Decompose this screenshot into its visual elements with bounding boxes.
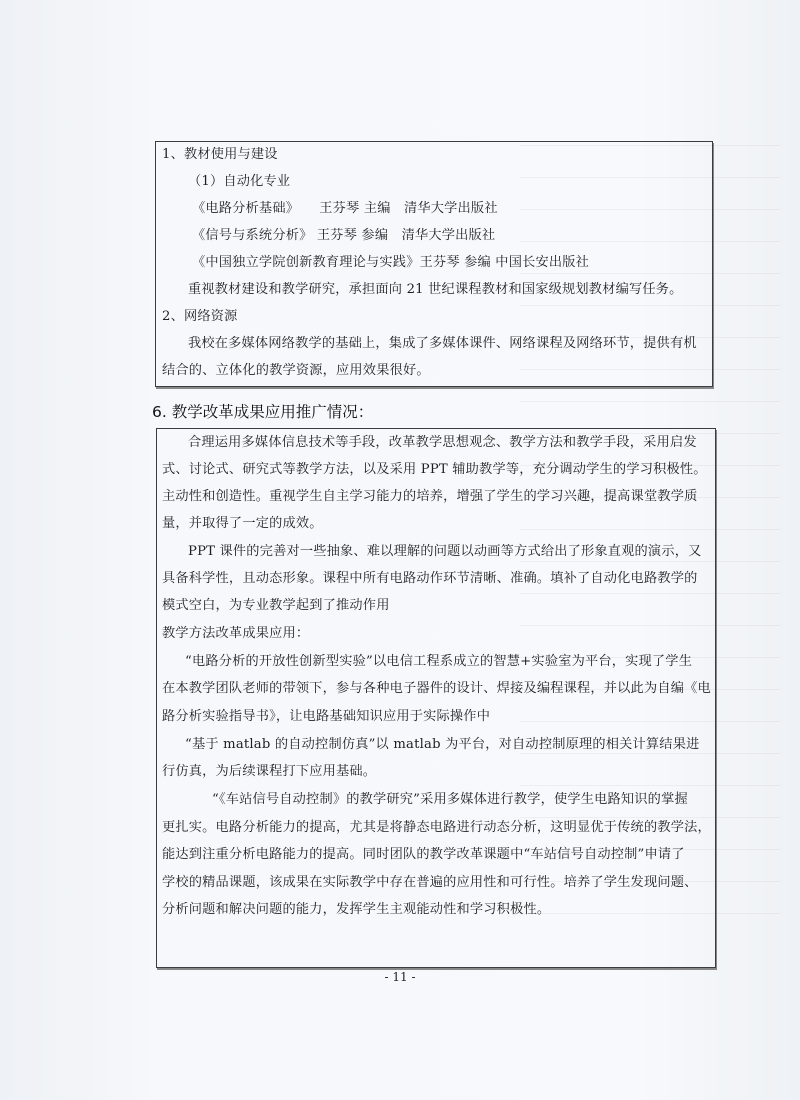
heading-textbook-use: 1、教材使用与建设 bbox=[162, 146, 278, 164]
paragraph-line: 在本教学团队老师的带领下，参与各种电子器件的设计、焊接及编程课程，并以此为自编《… bbox=[162, 680, 711, 698]
textbook-item: 《信号与系统分析》 王芬琴 参编 清华大学出版社 bbox=[192, 227, 495, 245]
subheading-method-results: 教学方法改革成果应用： bbox=[162, 625, 309, 643]
paragraph-line: 重视教材建设和教学研究，承担面向 21 世纪课程教材和国家级规划教材编写任务。 bbox=[188, 281, 683, 299]
paragraph-line: 更扎实。电路分析能力的提高，尤其是将静态电路进行动态分析，这明显优于传统的教学法… bbox=[162, 819, 711, 837]
paragraph-line: 量，并取得了一定的成效。 bbox=[162, 515, 323, 533]
paragraph-line: 合理运用多媒体信息技术等手段，改革教学思想观念、教学方法和教学手段，采用启发 bbox=[188, 434, 697, 452]
heading-network-resources: 2、网络资源 bbox=[162, 308, 238, 326]
paragraph-line: 路分析实验指导书》，让电路基础知识应用于实际操作中 bbox=[162, 708, 490, 726]
paragraph-line: 具备科学性，且动态形象。课程中所有电路动作环节清晰、准确。填补了自动化电路教学的 bbox=[162, 570, 698, 588]
paragraph-line: 学校的精品课题，该成果在实际教学中存在普遍的应用性和可行性。培养了学生发现问题、 bbox=[162, 874, 698, 892]
paragraph-line: 我校在多媒体网络教学的基础上，集成了多媒体课件、网络课程及网络环节，提供有机 bbox=[188, 335, 697, 353]
page-number: - 11 - bbox=[0, 970, 800, 984]
paragraph-line: 主动性和创造性。重视学生自主学习能力的培养，增强了学生的学习兴趣，提高课堂教学质 bbox=[162, 488, 698, 506]
paragraph-line: 结合的、立体化的教学资源，应用效果很好。 bbox=[162, 362, 430, 380]
paragraph-line: 式、讨论式、研究式等教学方法，以及采用 PPT 辅助教学等，充分调动学生的学习积… bbox=[162, 461, 707, 479]
paragraph-line: “基于 matlab 的自动控制仿真”以 matlab 为平台，对自动控制原理的… bbox=[185, 736, 699, 754]
paragraph-line: “电路分析的开放性创新型实验”以电信工程系成立的智慧+实验室为平台，实现了学生 bbox=[185, 653, 692, 671]
textbook-item: 《电路分析基础》 王芬琴 主编 清华大学出版社 bbox=[192, 200, 498, 218]
paragraph-line: “《车站信号自动控制》的教学研究”采用多媒体进行教学，使学生电路知识的掌握 bbox=[212, 791, 688, 809]
section-title: 6. 教学改革成果应用推广情况： bbox=[152, 400, 373, 422]
paragraph-line: PPT 课件的完善对一些抽象、难以理解的问题以动画等方式给出了形象直观的演示，又 bbox=[188, 543, 701, 561]
subheading-automation-major: （1）自动化专业 bbox=[188, 173, 290, 191]
paragraph-line: 分析问题和解决问题的能力，发挥学生主观能动性和学习积极性。 bbox=[162, 901, 550, 919]
paragraph-line: 模式空白，为专业教学起到了推动作用 bbox=[162, 597, 390, 615]
paragraph-line: 行仿真，为后续课程打下应用基础。 bbox=[162, 763, 376, 781]
paragraph-line: 能达到注重分析电路能力的提高。同时团队的教学改革课题中“车站信号自动控制”申请了 bbox=[162, 846, 685, 864]
textbook-item: 《中国独立学院创新教育理论与实践》王芬琴 参编 中国长安出版社 bbox=[192, 254, 589, 272]
